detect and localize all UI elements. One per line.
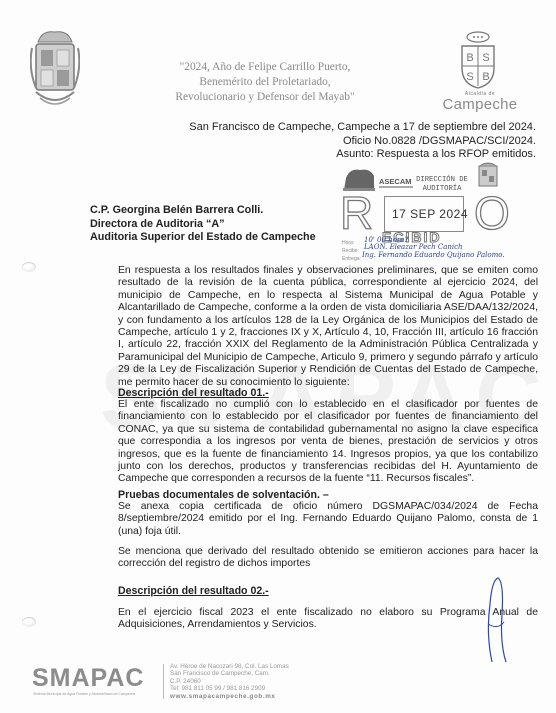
svg-text:B: B	[482, 71, 489, 83]
stamp-org-subtitle-line	[379, 186, 413, 188]
footer-address-line-3: C.P. 24060	[170, 678, 289, 685]
mention-paragraph: Se menciona que derivado del resultado o…	[118, 546, 538, 571]
asunto: Asunto: Respuesta a los RFOP emitidos.	[189, 148, 536, 162]
motto-line-2: Benemérito del Proletariado,	[150, 75, 380, 90]
result-02-text: En el ejercicio fiscal 2023 el ente fisc…	[118, 607, 538, 632]
result-01-heading: Descripción del resultado 01.-	[118, 387, 269, 399]
stamp-recibe-label: Recibe:	[342, 248, 359, 254]
stamp-letter-o: O	[474, 190, 510, 236]
footer-address-line-1: Av. Héroe de Nacozari 98, Col. Las Lomas	[170, 663, 289, 670]
punch-hole	[22, 262, 36, 272]
stamp-department: DIRECCIÓN DE AUDITORÍA	[412, 176, 472, 193]
svg-text:B: B	[466, 52, 473, 64]
recipient-block: C.P. Georgina Belén Barrera Colli. Direc…	[90, 204, 316, 245]
footer-address: Av. Héroe de Nacozari 98, Col. Las Lomas…	[170, 663, 289, 700]
stamp-entrega-value: Ing. Fernando Eduardo Quijano Palomo.	[362, 251, 505, 259]
alcaldia-city: Campeche	[440, 96, 520, 113]
footer-logo: SMAPAC	[32, 664, 144, 693]
footer-address-line-2: San Francisco de Campeche, Cam.	[170, 670, 289, 677]
oficio-number: Oficio No.0828 /DGSMAPAC/SCI/2024.	[189, 135, 536, 149]
header-motto: "2024, Año de Felipe Carrillo Puerto, Be…	[150, 60, 380, 105]
campeche-shield-icon	[477, 162, 499, 190]
evidence-heading: Pruebas documentales de solventación. –	[118, 489, 329, 501]
evidence-text: Se anexa copia certificada de oficio núm…	[118, 501, 538, 538]
svg-text:S: S	[482, 52, 489, 64]
stamp-letter-r: R	[340, 190, 373, 236]
footer-logo-subtitle: Sistema Municipal de Agua Potable y Alca…	[33, 692, 135, 696]
stamp-hora-label: Hora:	[342, 240, 354, 246]
result-02-heading: Descripción del resultado 02.-	[118, 585, 269, 597]
recipient-organization: Auditoria Superior del Estado de Campech…	[90, 231, 316, 245]
alcaldia-campeche-crest-icon: B S S B	[453, 30, 503, 90]
motto-line-3: Revolucionario y Defensor del Mayab"	[150, 90, 380, 105]
motto-line-1: "2024, Año de Felipe Carrillo Puerto,	[150, 60, 380, 75]
stamp-department-line1: DIRECCIÓN DE	[412, 176, 472, 185]
result-01-text: El ente fiscalizado no cumplió con lo es…	[118, 399, 538, 486]
stamp-entrega-label: Entrega:	[342, 256, 361, 262]
footer-phone: Tel: 981 811 05 99 / 981 816 2909	[170, 685, 289, 692]
document-meta: San Francisco de Campeche, Campeche a 17…	[189, 121, 536, 162]
stamp-date: 17 SEP 2024	[392, 207, 468, 221]
place-date: San Francisco de Campeche, Campeche a 17…	[189, 121, 536, 135]
footer-website: www.smapacampeche.gob.mx	[170, 693, 289, 700]
footer-divider	[163, 664, 164, 699]
recipient-name: C.P. Georgina Belén Barrera Colli.	[90, 204, 316, 218]
stamp-department-line2: AUDITORÍA	[412, 185, 472, 194]
stamp-org: ASECAM	[379, 177, 412, 186]
campeche-state-crest-icon	[30, 28, 80, 110]
intro-paragraph: En respuesta a los resultados finales y …	[118, 265, 538, 389]
recipient-position: Directora de Auditoria “A”	[90, 218, 316, 232]
stamp-recibe-value: LAON. Eleazar Pech Canich	[364, 243, 463, 251]
punch-hole	[22, 617, 36, 627]
svg-text:S: S	[466, 71, 473, 83]
